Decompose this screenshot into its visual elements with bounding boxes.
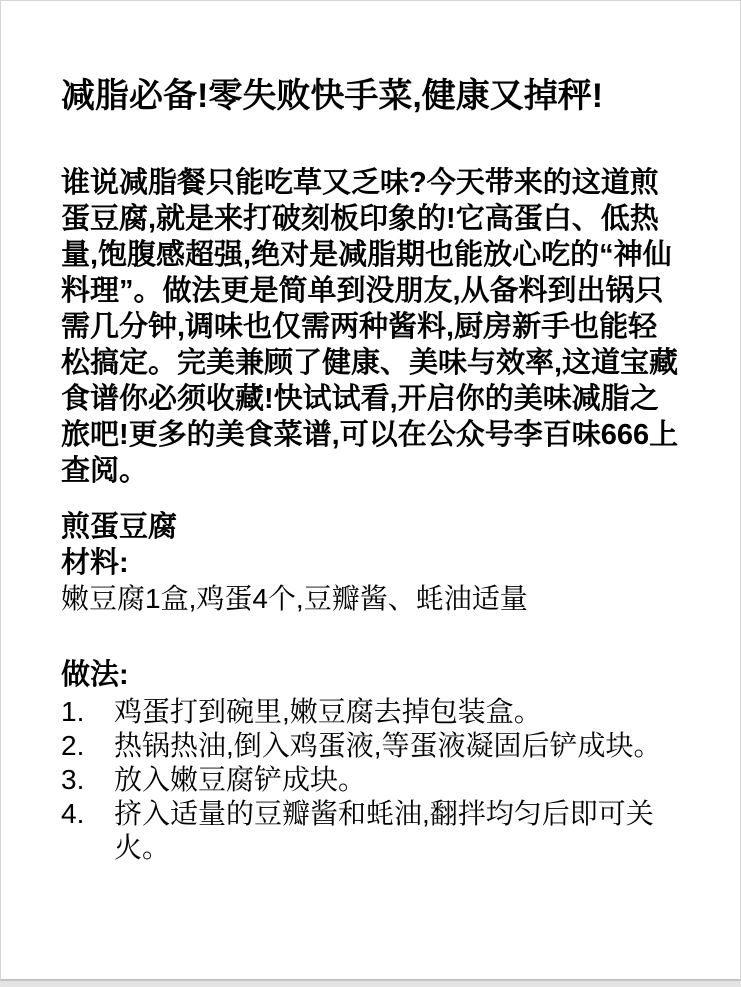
step-item: 1. 鸡蛋打到碗里,嫩豆腐去掉包装盒。 [61, 695, 692, 729]
step-item: 3. 放入嫩豆腐铲成块。 [61, 763, 692, 797]
step-item: 2. 热锅热油,倒入鸡蛋液,等蛋液凝固后铲成块。 [61, 729, 692, 763]
step-number: 3. [61, 763, 114, 797]
step-text: 放入嫩豆腐铲成块。 [114, 763, 692, 797]
step-number: 1. [61, 695, 114, 729]
step-number: 4. [61, 797, 114, 831]
ingredients-label: 材料: [61, 545, 692, 581]
intro-paragraph: 谁说减脂餐只能吃草又乏味?今天带来的这道煎蛋豆腐,就是来打破刻板印象的!它高蛋白… [61, 165, 679, 489]
recipe-name: 煎蛋豆腐 [61, 509, 692, 545]
app-background: 减脂必备!零失败快手菜,健康又掉秤! 谁说减脂餐只能吃草又乏味?今天带来的这道煎… [0, 0, 741, 987]
steps-label: 做法: [61, 657, 692, 693]
step-item: 4. 挤入适量的豆瓣酱和蚝油,翻拌均匀后即可关火。 [61, 797, 692, 865]
ingredients-text: 嫩豆腐1盒,鸡蛋4个,豆瓣酱、蚝油适量 [61, 581, 692, 617]
step-text: 热锅热油,倒入鸡蛋液,等蛋液凝固后铲成块。 [114, 729, 692, 763]
step-text: 挤入适量的豆瓣酱和蚝油,翻拌均匀后即可关火。 [114, 797, 692, 865]
step-number: 2. [61, 729, 114, 763]
page-title: 减脂必备!零失败快手菜,健康又掉秤! [61, 73, 692, 119]
steps-list: 1. 鸡蛋打到碗里,嫩豆腐去掉包装盒。 2. 热锅热油,倒入鸡蛋液,等蛋液凝固后… [61, 695, 692, 865]
step-text: 鸡蛋打到碗里,嫩豆腐去掉包装盒。 [114, 695, 692, 729]
document-page: 减脂必备!零失败快手菜,健康又掉秤! 谁说减脂餐只能吃草又乏味?今天带来的这道煎… [0, 0, 741, 981]
